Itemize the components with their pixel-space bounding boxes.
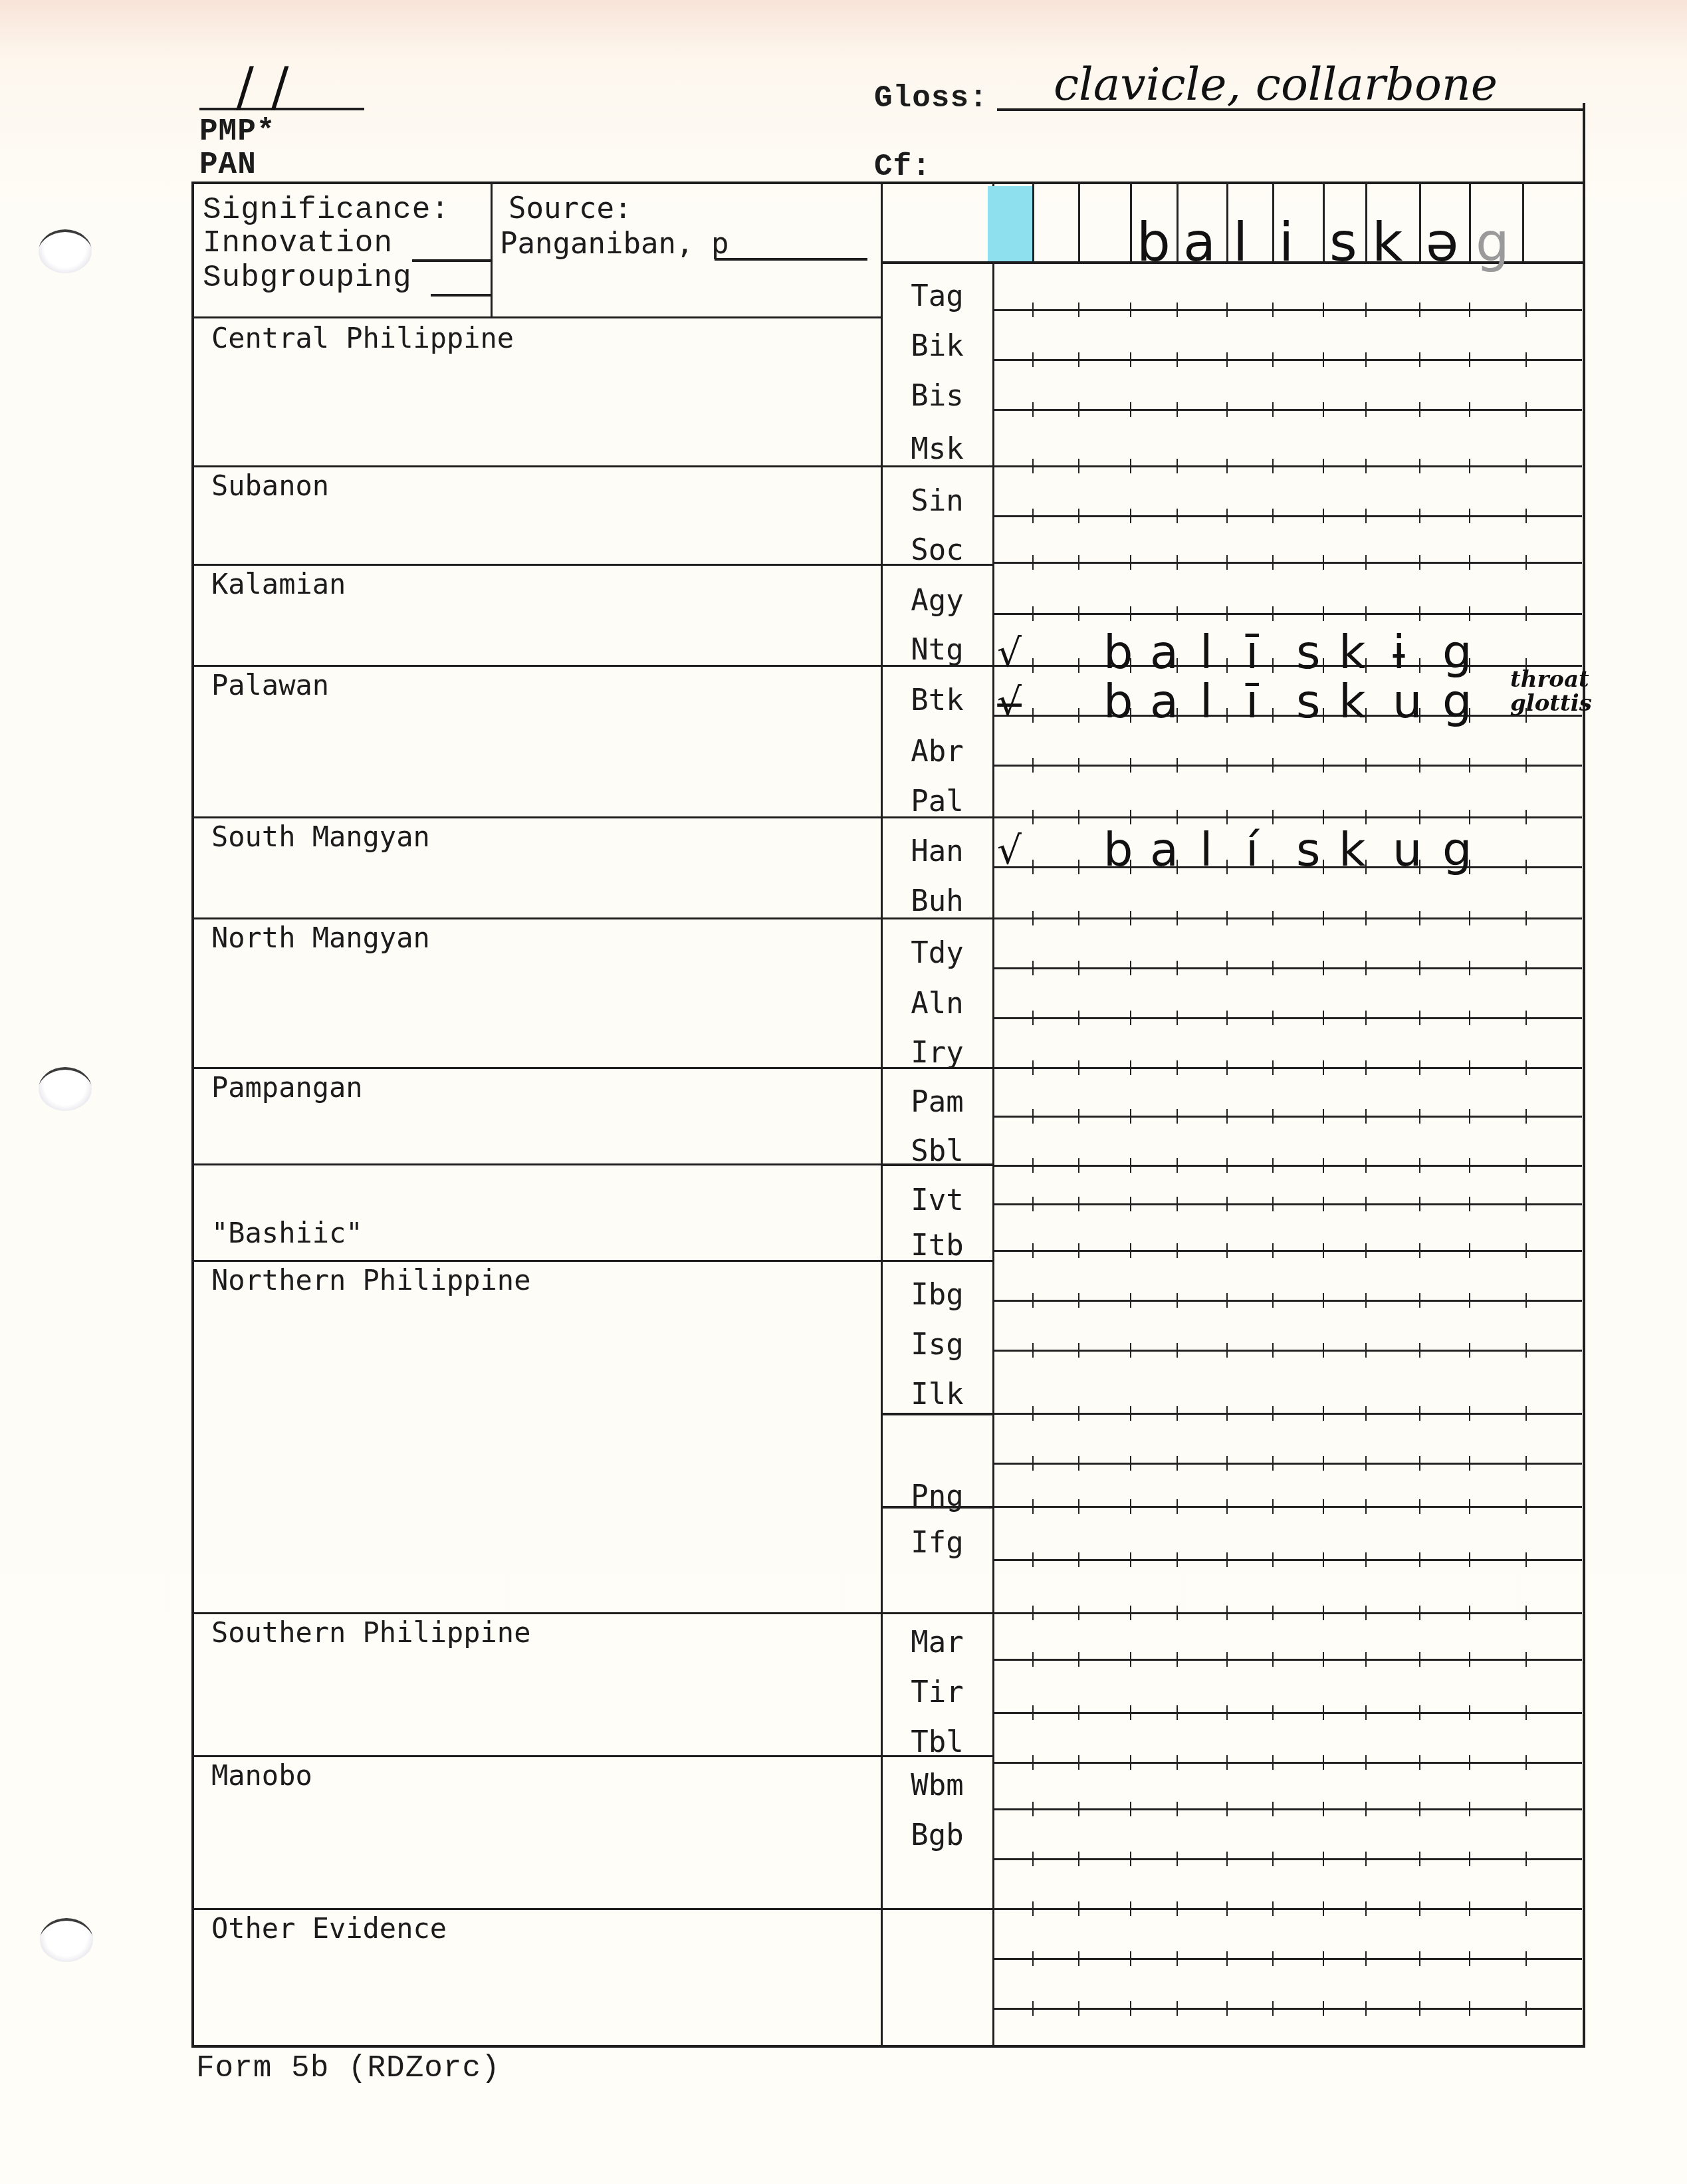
tick-mark: [1272, 1060, 1274, 1075]
group-label: Northern Philippine: [211, 1264, 530, 1296]
tick-mark: [1469, 1705, 1470, 1720]
tick-mark: [1365, 1652, 1367, 1667]
tick-mark: [1078, 1852, 1079, 1866]
gloss-underline: [997, 108, 1585, 111]
language-abbr-msk: Msk: [884, 432, 990, 466]
tick-mark: [1032, 1343, 1034, 1358]
tick-mark: [1226, 1901, 1228, 1916]
tick-mark: [1272, 658, 1274, 673]
tick-mark: [1323, 911, 1324, 925]
tick-mark: [1323, 810, 1324, 824]
reconstruction-cell-divider: [1469, 183, 1471, 261]
entry-row-line[interactable]: [994, 1463, 1582, 1465]
reconstruction-cell-divider: [1032, 183, 1034, 261]
entry-letter: ī: [1246, 674, 1258, 729]
tick-mark: [1272, 1755, 1274, 1770]
tick-mark: [1130, 1197, 1131, 1211]
language-abbr-agy: Agy: [884, 584, 990, 618]
tick-mark: [1365, 1197, 1367, 1211]
tick-mark: [1323, 1755, 1324, 1770]
tick-mark: [1130, 402, 1131, 417]
reconstruction-cell-divider: [1078, 183, 1080, 261]
tick-mark: [1130, 1158, 1131, 1173]
entry-row-line[interactable]: [994, 967, 1582, 969]
tick-mark: [1226, 1197, 1228, 1211]
tick-mark: [1419, 1293, 1420, 1308]
tick-mark: [1525, 1060, 1527, 1075]
tick-mark: [1323, 1552, 1324, 1567]
tick-mark: [1469, 402, 1470, 417]
tick-mark: [1130, 555, 1131, 570]
tick-mark: [1419, 1802, 1420, 1816]
entry-letter: í: [1246, 822, 1258, 877]
language-abbr-wbm: Wbm: [884, 1768, 990, 1802]
tick-mark: [1032, 1197, 1034, 1211]
tick-mark: [1419, 555, 1420, 570]
tick-mark: [1078, 555, 1079, 570]
slash-mark: / /: [236, 57, 288, 118]
binder-hole-top: [39, 229, 92, 273]
entry-letter: ī: [1246, 625, 1258, 679]
tick-mark: [1130, 1499, 1131, 1514]
language-abbr-tag: Tag: [884, 279, 990, 313]
frame-left-line: [191, 182, 194, 2046]
tick-mark: [1078, 1158, 1079, 1173]
tick-mark: [1419, 606, 1420, 621]
tick-mark: [1130, 1406, 1131, 1421]
tick-mark: [1032, 459, 1034, 473]
entry-letter: a: [1150, 822, 1179, 877]
tick-mark: [1177, 1852, 1178, 1866]
entry-row-line[interactable]: [994, 866, 1582, 868]
tick-mark: [1226, 758, 1228, 773]
tick-mark: [1130, 911, 1131, 925]
entry-letter: k: [1339, 674, 1366, 729]
language-abbr-ibg: Ibg: [884, 1278, 990, 1312]
entry-row-line[interactable]: [994, 1712, 1582, 1714]
tick-mark: [1272, 1852, 1274, 1866]
tick-mark: [1272, 1293, 1274, 1308]
tick-mark: [1323, 1901, 1324, 1916]
tick-mark: [1032, 1802, 1034, 1816]
tick-mark: [1078, 1652, 1079, 1667]
tick-mark: [1226, 1705, 1228, 1720]
tick-mark: [1078, 352, 1079, 367]
tick-mark: [1469, 555, 1470, 570]
tick-mark: [1078, 810, 1079, 824]
tick-mark: [1226, 961, 1228, 975]
source-value: Panganiban, p: [500, 229, 729, 259]
tick-mark: [1323, 1158, 1324, 1173]
entry-letter: b: [1103, 674, 1133, 729]
tick-mark: [1469, 1060, 1470, 1075]
tick-mark: [1130, 1109, 1131, 1124]
tick-mark: [1177, 1705, 1178, 1720]
tick-mark: [1272, 961, 1274, 975]
tick-mark: [1078, 303, 1079, 317]
entry-row-line[interactable]: [994, 1858, 1582, 1860]
tick-mark: [1419, 402, 1420, 417]
tick-mark: [1130, 1552, 1131, 1567]
tick-mark: [1469, 509, 1470, 523]
tick-mark: [1177, 1552, 1178, 1567]
tick-mark: [1365, 758, 1367, 773]
tick-mark: [1177, 303, 1178, 317]
group-separator: [193, 1755, 994, 1757]
tick-mark: [1323, 1852, 1324, 1866]
tick-mark: [1323, 1652, 1324, 1667]
source-page-blank[interactable]: [715, 258, 867, 261]
tick-mark: [1365, 1606, 1367, 1620]
tick-mark: [1272, 459, 1274, 473]
tick-mark: [1130, 758, 1131, 773]
tick-mark: [1226, 1109, 1228, 1124]
tick-mark: [1226, 1499, 1228, 1514]
tick-mark: [1032, 1606, 1034, 1620]
tick-mark: [1130, 303, 1131, 317]
tick-mark: [1032, 708, 1034, 723]
entry-row-line[interactable]: [994, 309, 1582, 311]
tick-mark: [1272, 1456, 1274, 1471]
entry-letter: k: [1339, 822, 1366, 877]
entry-row-line[interactable]: [994, 1762, 1582, 1764]
tick-mark: [1419, 1606, 1420, 1620]
tick-mark: [1525, 1802, 1527, 1816]
reconstruction-cell-divider: [1323, 183, 1325, 261]
tick-mark: [1419, 1197, 1420, 1211]
tick-mark: [1469, 1158, 1470, 1173]
innovation-blank[interactable]: [412, 259, 491, 262]
tick-mark: [1130, 1802, 1131, 1816]
tick-mark: [1226, 1243, 1228, 1258]
tick-mark: [1078, 658, 1079, 673]
tick-mark: [1419, 1755, 1420, 1770]
entry-row-line[interactable]: [994, 1017, 1582, 1019]
tick-mark: [1525, 1901, 1527, 1916]
tick-mark: [1525, 1705, 1527, 1720]
tick-mark: [1032, 352, 1034, 367]
tick-mark: [1525, 1343, 1527, 1358]
tick-mark: [1419, 911, 1420, 925]
tick-mark: [1032, 1499, 1034, 1514]
sig-box-bottom: [193, 316, 882, 318]
entry-row-line[interactable]: [994, 1908, 1582, 1910]
tick-mark: [1032, 303, 1034, 317]
tick-mark: [1365, 1158, 1367, 1173]
tick-mark: [1078, 509, 1079, 523]
entry-letter: s: [1296, 822, 1320, 877]
tick-mark: [1525, 402, 1527, 417]
entry-row-line[interactable]: [994, 715, 1582, 717]
tick-mark: [1177, 606, 1178, 621]
tick-mark: [1032, 606, 1034, 621]
language-abbr-abr: Abr: [884, 735, 990, 769]
entry-letter: a: [1150, 625, 1179, 679]
tick-mark: [1525, 1406, 1527, 1421]
tick-mark: [1525, 1652, 1527, 1667]
language-abbr-iry: Iry: [884, 1036, 990, 1070]
tick-mark: [1469, 961, 1470, 975]
tick-mark: [1177, 1243, 1178, 1258]
tick-mark: [1419, 352, 1420, 367]
tick-mark: [1272, 509, 1274, 523]
tick-mark: [1226, 1852, 1228, 1866]
reconstruction-cell-divider: [1130, 183, 1132, 261]
tick-mark: [1177, 1652, 1178, 1667]
tick-mark: [1226, 658, 1228, 673]
entry-row-line[interactable]: [994, 1300, 1582, 1302]
language-abbr-bgb: Bgb: [884, 1818, 990, 1852]
tick-mark: [1130, 1652, 1131, 1667]
tick-mark: [1226, 2001, 1228, 2016]
tick-mark: [1365, 2001, 1367, 2016]
tick-mark: [1177, 1343, 1178, 1358]
tick-mark: [1272, 352, 1274, 367]
entry-row-line[interactable]: [994, 1116, 1582, 1118]
entry-row-line[interactable]: [994, 1165, 1582, 1167]
tick-mark: [1272, 911, 1274, 925]
entry-row-line[interactable]: [994, 613, 1582, 615]
tick-mark: [1323, 1011, 1324, 1025]
checkmark-icon: √: [997, 630, 1022, 675]
tick-mark: [1078, 1552, 1079, 1567]
entry-row-line[interactable]: [994, 1958, 1582, 1960]
tick-mark: [1525, 352, 1527, 367]
tick-mark: [1323, 1705, 1324, 1720]
tick-mark: [1177, 1197, 1178, 1211]
tick-mark: [1226, 708, 1228, 723]
reconstruction-cell-divider: [1365, 183, 1367, 261]
tick-mark: [1323, 1951, 1324, 1966]
tick-mark: [1323, 860, 1324, 874]
tick-mark: [1272, 1243, 1274, 1258]
tick-mark: [1226, 1293, 1228, 1308]
form-footer: Form 5b (RDZorc): [196, 2051, 501, 2086]
tick-mark: [1078, 708, 1079, 723]
tick-mark: [1365, 303, 1367, 317]
entry-row-line[interactable]: [994, 465, 1582, 467]
tick-mark: [1272, 1552, 1274, 1567]
tick-mark: [1525, 303, 1527, 317]
tick-mark: [1272, 1802, 1274, 1816]
tick-mark: [1365, 961, 1367, 975]
entry-row-line[interactable]: [994, 765, 1582, 767]
reconstruction-cell-divider: [1272, 183, 1274, 261]
tick-mark: [1226, 1060, 1228, 1075]
tick-mark: [1525, 555, 1527, 570]
entry-row-line[interactable]: [994, 665, 1582, 667]
tick-mark: [1525, 2001, 1527, 2016]
entry-row-line[interactable]: [994, 1203, 1582, 1205]
tick-mark: [1226, 459, 1228, 473]
entry-row-line[interactable]: [994, 1413, 1582, 1415]
tick-mark: [1365, 352, 1367, 367]
tick-mark: [1272, 1158, 1274, 1173]
tick-mark: [1525, 1499, 1527, 1514]
tick-mark: [1226, 606, 1228, 621]
tick-mark: [1078, 1060, 1079, 1075]
tick-mark: [1469, 758, 1470, 773]
tick-mark: [1525, 1243, 1527, 1258]
tick-mark: [1032, 961, 1034, 975]
group-label: South Mangyan: [211, 820, 430, 853]
entry-row-line[interactable]: [994, 1250, 1582, 1252]
entry-row-line[interactable]: [994, 1067, 1582, 1069]
entry-letter: b: [1103, 822, 1133, 877]
tick-mark: [1130, 1901, 1131, 1916]
tick-mark: [1177, 1406, 1178, 1421]
tick-mark: [1078, 1243, 1079, 1258]
tick-mark: [1323, 1802, 1324, 1816]
entry-row-line[interactable]: [994, 1506, 1582, 1508]
entry-letter: l: [1200, 674, 1212, 729]
group-label: Manobo: [211, 1759, 312, 1792]
entry-letter: l: [1200, 822, 1212, 877]
tick-mark: [1323, 1456, 1324, 1471]
tick-mark: [1032, 1901, 1034, 1916]
group-label: Other Evidence: [211, 1912, 447, 1945]
tick-mark: [1419, 1652, 1420, 1667]
entry-letter: g: [1442, 674, 1472, 729]
abbr-separator: [881, 1506, 994, 1509]
tick-mark: [1419, 303, 1420, 317]
group-separator: [193, 1067, 994, 1069]
tick-mark: [1032, 1011, 1034, 1025]
tick-mark: [1419, 1705, 1420, 1720]
tick-mark: [1323, 708, 1324, 723]
entry-letter: g: [1442, 822, 1472, 877]
tick-mark: [1469, 1011, 1470, 1025]
tick-mark: [1469, 1652, 1470, 1667]
reconstruction-letter: ə: [1426, 211, 1458, 273]
tick-mark: [1272, 1705, 1274, 1720]
tick-mark: [1469, 303, 1470, 317]
group-separator: [193, 465, 994, 467]
tick-mark: [1032, 911, 1034, 925]
tick-mark: [1130, 1343, 1131, 1358]
tick-mark: [1419, 1901, 1420, 1916]
proto-label-pmp: PMP*: [199, 114, 275, 149]
tick-mark: [1419, 1552, 1420, 1567]
abbr-column-left-line: [881, 263, 883, 2048]
reconstruction-letter: l: [1233, 211, 1248, 273]
tick-mark: [1323, 459, 1324, 473]
tick-mark: [1078, 1109, 1079, 1124]
tick-mark: [1419, 2001, 1420, 2016]
tick-mark: [1032, 1406, 1034, 1421]
language-abbr-bik: Bik: [884, 329, 990, 363]
tick-mark: [1130, 509, 1131, 523]
entry-row-line[interactable]: [994, 816, 1582, 818]
tick-mark: [1525, 860, 1527, 874]
tick-mark: [1226, 1755, 1228, 1770]
tick-mark: [1419, 1011, 1420, 1025]
tick-mark: [1226, 1606, 1228, 1620]
tick-mark: [1419, 1109, 1420, 1124]
gloss-value: clavicle, collarbone: [1054, 59, 1498, 111]
entry-row-line[interactable]: [994, 359, 1582, 361]
tick-mark: [1177, 1499, 1178, 1514]
language-abbr-pal: Pal: [884, 785, 990, 818]
entry-row-line[interactable]: [994, 2008, 1582, 2010]
binder-hole-bottom: [40, 1918, 93, 1962]
tick-mark: [1130, 352, 1131, 367]
entry-row-line[interactable]: [994, 515, 1582, 517]
tick-mark: [1177, 1802, 1178, 1816]
tick-mark: [1226, 911, 1228, 925]
tick-mark: [1469, 1109, 1470, 1124]
tick-mark: [1419, 1343, 1420, 1358]
tick-mark: [1078, 1802, 1079, 1816]
tick-mark: [1272, 1652, 1274, 1667]
entry-row-line[interactable]: [994, 409, 1582, 411]
tick-mark: [1078, 1755, 1079, 1770]
tick-mark: [1365, 1343, 1367, 1358]
checkmark-icon: √̶: [997, 679, 1022, 725]
tick-mark: [1226, 1456, 1228, 1471]
tick-mark: [1130, 1243, 1131, 1258]
tick-mark: [1365, 509, 1367, 523]
tick-mark: [1032, 1060, 1034, 1075]
group-separator: [193, 1260, 994, 1262]
group-separator: [193, 917, 994, 919]
tick-mark: [1323, 1499, 1324, 1514]
entry-row-line[interactable]: [994, 1808, 1582, 1810]
tick-mark: [1130, 1705, 1131, 1720]
tick-mark: [1469, 1197, 1470, 1211]
entry-row-line[interactable]: [994, 917, 1582, 919]
tick-mark: [1272, 1901, 1274, 1916]
language-abbr-tbl: Tbl: [884, 1725, 990, 1759]
tick-mark: [1469, 1951, 1470, 1966]
tick-mark: [1365, 1243, 1367, 1258]
group-label: Central Philippine: [211, 322, 514, 354]
tick-mark: [1525, 961, 1527, 975]
tick-mark: [1323, 1243, 1324, 1258]
tick-mark: [1078, 1606, 1079, 1620]
tick-mark: [1078, 1499, 1079, 1514]
abbr-column-right-line: [992, 182, 994, 2048]
entry-row-line[interactable]: [994, 1350, 1582, 1352]
reconstruction-highlight-cell: [988, 186, 1033, 261]
tick-mark: [1365, 1755, 1367, 1770]
entry-row-line[interactable]: [994, 562, 1582, 564]
significance-label: Significance:: [203, 193, 450, 227]
tick-mark: [1226, 1406, 1228, 1421]
tick-mark: [1469, 459, 1470, 473]
entry-row-line[interactable]: [994, 1659, 1582, 1661]
entry-letter: s: [1296, 625, 1320, 679]
language-abbr-bis: Bis: [884, 379, 990, 413]
tick-mark: [1272, 402, 1274, 417]
entry-letter: l: [1200, 625, 1212, 679]
tick-mark: [1177, 1011, 1178, 1025]
reconstruction-cell-divider: [1177, 183, 1179, 261]
entry-letter: u: [1393, 822, 1422, 877]
abbr-separator: [881, 1413, 994, 1415]
tick-mark: [1078, 1197, 1079, 1211]
entry-row-line[interactable]: [994, 1612, 1582, 1614]
subgrouping-blank[interactable]: [431, 294, 491, 297]
tick-mark: [1032, 555, 1034, 570]
tick-mark: [1078, 911, 1079, 925]
tick-mark: [1226, 810, 1228, 824]
tick-mark: [1419, 509, 1420, 523]
entry-row-line[interactable]: [994, 1559, 1582, 1561]
tick-mark: [1323, 961, 1324, 975]
tick-mark: [1032, 658, 1034, 673]
tick-mark: [1272, 303, 1274, 317]
